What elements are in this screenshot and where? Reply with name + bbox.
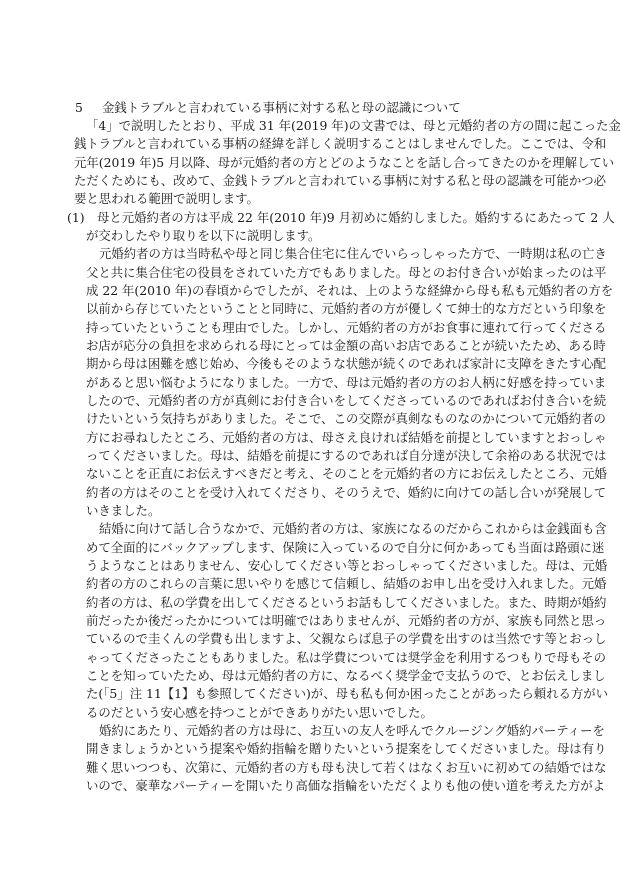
text-line: 父と共に集合住宅の役員をされていた方でもありました。母とのお付き合いが始まったの… [86,265,548,281]
text-line: 成 22 年(2010 年)の春頃からでしたが、それは、上のような経緯から母も私… [86,283,548,299]
section-number: 5 [75,100,83,116]
text-line: いきました。 [86,503,548,519]
text-line: があると思い悩むようになりました。一方で、母は元婚約者の方のお人柄に好感を持って… [86,375,548,391]
text-line: 約者の方は、私の学費を出してくださるというお話もしてくださいました。また、時期が… [86,595,548,611]
text-line: お店が応分の負担を求められる母にとっては金額の高いお店であることが続いたため、あ… [86,338,548,354]
text-line: るのだという安心感を持つことができありがたい思いでした。 [86,705,548,721]
text-line: 難く思いつつも、次第に、元婚約者の方も母も決して若くはなくお互いに初めての結婚で… [86,760,548,776]
text-line: 期から母は困難を感じ始め、今後もそのような状態が続くのであれば家計に支障をきたす… [86,356,548,372]
text-line: 持っていたということも理由でした。しかし、元婚約者の方がお食事に連れて行ってくだ… [86,320,548,336]
text-line: 結婚に向けて話し合うなかで、元婚約者の方は、家族になるのだからこれからは金銭面も… [99,521,548,537]
text-line: 前だったか後だったかについては明確ではありませんが、元婚約者の方が、家族も同然と… [86,613,548,629]
text-line: 約者の方のこれらの言葉に思いやりを感じて信頼し、結婚のお申し出を受け入れました。… [86,576,548,592]
text-line: ってくださいました。母は、結婚を前提にするのであれば自分達が決して余裕のある状況… [86,448,548,464]
text-line: ことを知っていたため、母は元婚約者の方に、なるべく奨学金で支払うので、とお伝えし… [86,668,548,684]
text-line: 要と思われる範囲で説明します。 [74,191,548,207]
text-line: ゃってくださったこともありました。私は学費については奨学金を利用するつもりで母も… [86,650,548,666]
text-line: うようなことはありません、安心してください等とおっしゃってくださいました。母は、… [86,558,548,574]
text-line: したので、元婚約者の方が真剣にお付き合いをしてくださっているのであればお付き合い… [86,393,548,409]
text-line: めて全面的にバックアップします、保険に入っているので自分に何かあっても当面は路頭… [86,540,548,556]
text-line: が交わしたやり取りを以下に説明します。 [86,228,548,244]
text-line: 「4」で説明したとおり、平成 31 年(2019 年)の文書では、母と元婚約者の… [86,118,548,134]
section-title: 金銭トラブルと言われている事柄に対する私と母の認識について [102,100,462,116]
text-line: いので、豪華なパーティーを開いたり高価な指輪をいただくよりも他の使い道を考えた方… [86,778,548,794]
text-line: 方にお尋ねしたところ、元婚約者の方は、母さえ良ければ結婚を前提としていますとおっ… [86,430,548,446]
text-line: 元婚約者の方は当時私や母と同じ集合住宅に住んでいらっしゃった方で、一時期は私の亡… [99,246,548,262]
text-line: 約者の方はそのことを受け入れてくださり、そのうえで、婚約に向けての話し合いが発展… [86,485,548,501]
text-line: ているので圭くんの学費も出しますよ、父親ならば息子の学費を出すのは当然です等とお… [86,631,548,647]
text-line: 婚約にあたり、元婚約者の方は母に、お互いの友人を呼んでクルージング婚約パーティー… [99,723,548,739]
text-line: 元年(2019 年)5 月以降、母が元婚約者の方とどのようなことを話し合ってきた… [74,155,548,171]
text-line: 以前から存じていたということと同時に、元婚約者の方が優しくて紳士的な方だという印… [86,301,548,317]
text-line: ないことを正直にお伝えすべきだと考え、そのことを元婚約者の方にお伝えしたところ、… [86,466,548,482]
document-page: 5 金銭トラブルと言われている事柄に対する私と母の認識について 「4」で説明した… [0,0,620,876]
text-line: 開きましょうかという提案や婚約指輪を贈りたいという提案をしてくださいました。母は… [86,741,548,757]
list-item-1-line: (1) 母と元婚約者の方は平成 22 年(2010 年)9 月初めに婚約しました… [67,210,548,226]
text-line: ただくためにも、改めて、金銭トラブルと言われている事柄に対する私と母の認識を可能… [74,173,548,189]
text-line: けたいという気持ちがありました。そこで、この交際が真剣なものなのかについて元婚約… [86,411,548,427]
text-line: た(「5」注 11【1】も参照してください)が、母も私も何か困ったことがあったら… [86,686,548,702]
text-line: 銭トラブルと言われている事柄の経緯を詳しく説明することはしませんでした。ここでは… [74,136,548,152]
